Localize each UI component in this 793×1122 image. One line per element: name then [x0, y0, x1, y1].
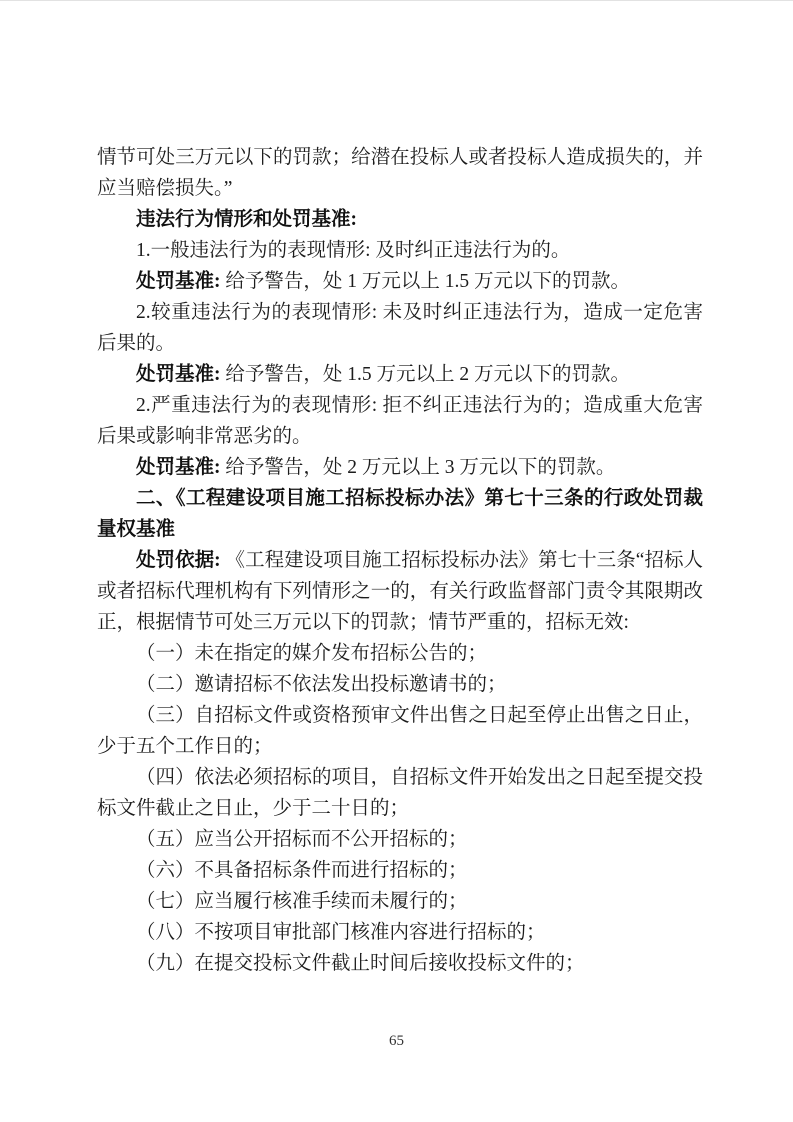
paragraph-text: （三）自招标文件或资格预审文件出售之日起至停止出售之日止，少于五个工作日的；	[97, 705, 703, 757]
paragraph-text: 2.严重违法行为的表现情形: 拒不纠正违法行为的；造成重大危害后果或影响非常恶劣…	[97, 395, 703, 447]
paragraph-text: （九）在提交投标文件截止时间后接收投标文件的；	[136, 953, 585, 974]
paragraph-text: （八）不按项目审批部门核准内容进行招标的；	[136, 922, 546, 943]
item-general-violation: 1.一般违法行为的表现情形: 及时纠正违法行为的。	[97, 235, 703, 266]
list-item-5: （五）应当公开招标而不公开招标的；	[97, 824, 703, 855]
penalty-standard-2: 处罚基准: 给予警告，处 1.5 万元以上 2 万元以下的罚款。	[97, 359, 703, 390]
section-heading-2: 二、《工程建设项目施工招标投标办法》第七十三条的行政处罚裁量权基准	[97, 483, 703, 545]
penalty-standard-label: 处罚基准:	[136, 364, 221, 385]
penalty-standard-3: 处罚基准: 给予警告，处 2 万元以上 3 万元以下的罚款。	[97, 452, 703, 483]
list-item-3: （三）自招标文件或资格预审文件出售之日起至停止出售之日止，少于五个工作日的；	[97, 700, 703, 762]
list-item-4: （四）依法必须招标的项目，自招标文件开始发出之日起至提交投标文件截止之日止，少于…	[97, 762, 703, 824]
item-severe-violation: 2.严重违法行为的表现情形: 拒不纠正违法行为的；造成重大危害后果或影响非常恶劣…	[97, 390, 703, 452]
paragraph-text: （七）应当履行核准手续而未履行的；	[136, 891, 468, 912]
paragraph-text: 给予警告，处 1 万元以上 1.5 万元以下的罚款。	[221, 271, 631, 292]
penalty-standard-label: 处罚基准:	[136, 457, 221, 478]
penalty-standard-label: 处罚基准:	[136, 271, 221, 292]
penalty-basis-label: 处罚依据:	[136, 550, 221, 571]
paragraph-text: 2.较重违法行为的表现情形: 未及时纠正违法行为，造成一定危害后果的。	[97, 302, 703, 354]
paragraph-text: （一）未在指定的媒介发布招标公告的；	[136, 643, 487, 664]
paragraph-text: 给予警告，处 2 万元以上 3 万元以下的罚款。	[221, 457, 616, 478]
paragraph-text: （四）依法必须招标的项目，自招标文件开始发出之日起至提交投标文件截止之日止，少于…	[97, 767, 703, 819]
continued-paragraph: 情节可处三万元以下的罚款；给潜在投标人或者投标人造成损失的，并应当赔偿损失。”	[97, 142, 703, 204]
page-number: 65	[0, 1033, 793, 1050]
list-item-9: （九）在提交投标文件截止时间后接收投标文件的；	[97, 948, 703, 979]
penalty-basis-paragraph: 处罚依据: 《工程建设项目施工招标投标办法》第七十三条“招标人或者招标代理机构有…	[97, 545, 703, 638]
section-heading-text: 二、《工程建设项目施工招标投标办法》第七十三条的行政处罚裁量权基准	[97, 488, 703, 540]
item-moderate-violation: 2.较重违法行为的表现情形: 未及时纠正违法行为，造成一定危害后果的。	[97, 297, 703, 359]
penalty-standard-1: 处罚基准: 给予警告，处 1 万元以上 1.5 万元以下的罚款。	[97, 266, 703, 297]
paragraph-text: 1.一般违法行为的表现情形: 及时纠正违法行为的。	[136, 240, 570, 261]
document-page: { "page": { "number": "65" }, "doc": { "…	[0, 0, 793, 1122]
paragraph-text: （二）邀请招标不依法发出投标邀请书的；	[136, 674, 507, 695]
paragraph-text: （六）不具备招标条件而进行招标的；	[136, 860, 468, 881]
list-item-8: （八）不按项目审批部门核准内容进行招标的；	[97, 917, 703, 948]
list-item-2: （二）邀请招标不依法发出投标邀请书的；	[97, 669, 703, 700]
list-item-6: （六）不具备招标条件而进行招标的；	[97, 855, 703, 886]
paragraph-text: （五）应当公开招标而不公开招标的；	[136, 829, 468, 850]
page-top-border	[0, 0, 793, 1]
subheading-text: 违法行为情形和处罚基准:	[136, 209, 357, 230]
list-item-1: （一）未在指定的媒介发布招标公告的；	[97, 638, 703, 669]
document-body: 情节可处三万元以下的罚款；给潜在投标人或者投标人造成损失的，并应当赔偿损失。” …	[97, 142, 703, 979]
subheading-violation-and-penalty: 违法行为情形和处罚基准:	[97, 204, 703, 235]
paragraph-text: 情节可处三万元以下的罚款；给潜在投标人或者投标人造成损失的，并应当赔偿损失。”	[97, 147, 703, 199]
paragraph-text: 给予警告，处 1.5 万元以上 2 万元以下的罚款。	[221, 364, 631, 385]
list-item-7: （七）应当履行核准手续而未履行的；	[97, 886, 703, 917]
